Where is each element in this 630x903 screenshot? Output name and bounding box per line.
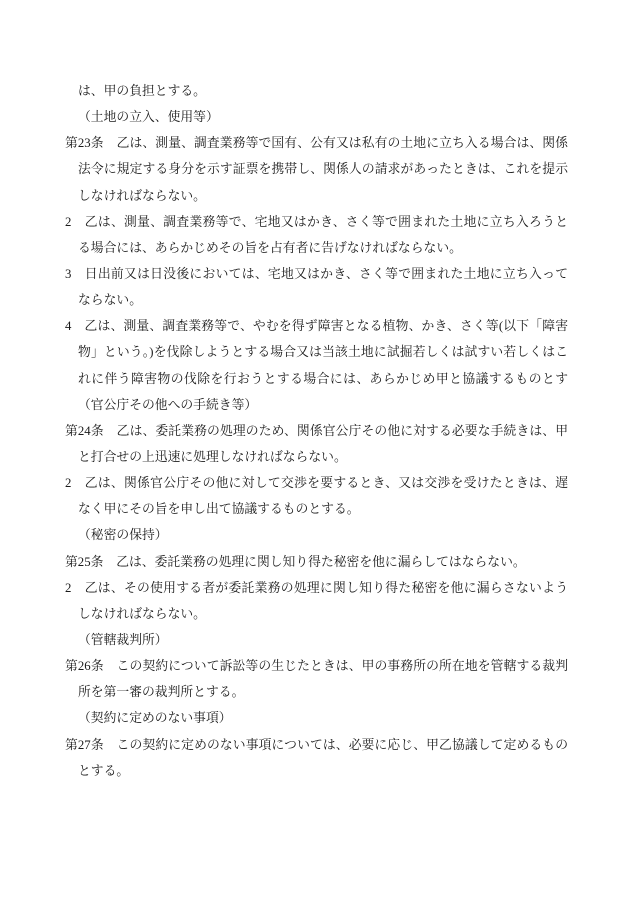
- continuation-line: なく甲にその旨を申し出て協議するものとする。: [78, 496, 568, 522]
- continuation-line: は、甲の負担とする。: [78, 78, 568, 104]
- document-page: は、甲の負担とする。（土地の立入、使用等）第23条 乙は、測量、調査業務等で国有…: [0, 0, 630, 903]
- heading-line: （契約に定めのない事項）: [78, 705, 568, 731]
- contract-text-block: は、甲の負担とする。（土地の立入、使用等）第23条 乙は、測量、調査業務等で国有…: [65, 78, 568, 784]
- continuation-line: 物」という。)を伐除しようとする場合又は当該土地に試掘若しくは試すい若しくはこ: [78, 339, 568, 365]
- heading-line: （管轄裁判所）: [78, 627, 568, 653]
- article-line: 第23条 乙は、測量、調査業務等で国有、公有又は私有の土地に立ち入る場合は、関係: [65, 130, 568, 156]
- article-line: 第26条 この契約について訴訟等の生じたときは、甲の事務所の所在地を管轄する裁判: [65, 653, 568, 679]
- continuation-line: とする。: [78, 758, 568, 784]
- continuation-line: 所を第一審の裁判所とする。: [78, 679, 568, 705]
- item-line: 4 乙は、測量、調査業務等で、やむを得ず障害となる植物、かき、さく等(以下「障害: [65, 313, 568, 339]
- item-line: 2 乙は、その使用する者が委託業務の処理に関し知り得た秘密を他に漏らさないように: [65, 575, 568, 601]
- heading-line: （官公庁その他への手続き等）: [78, 392, 568, 418]
- article-line: 第25条 乙は、委託業務の処理に関し知り得た秘密を他に漏らしてはならない。: [65, 549, 568, 575]
- article-line: 第27条 この契約に定めのない事項については、必要に応じ、甲乙協議して定めるもの: [65, 732, 568, 758]
- continuation-line: ならない。: [78, 287, 568, 313]
- continuation-line: る場合には、あらかじめその旨を占有者に告げなければならない。: [78, 235, 568, 261]
- item-line: 2 乙は、関係官公庁その他に対して交渉を要するとき、又は交渉を受けたときは、遅滞: [65, 470, 568, 496]
- heading-line: （土地の立入、使用等）: [78, 104, 568, 130]
- continuation-line: しなければならない。: [78, 183, 568, 209]
- continuation-line: しなければならない。: [78, 601, 568, 627]
- continuation-line: 法令に規定する身分を示す証票を携帯し、関係人の請求があったときは、これを提示: [78, 156, 568, 182]
- item-line: 3 日出前又は日没後においては、宅地又はかき、さく等で囲まれた土地に立ち入っては: [65, 261, 568, 287]
- continuation-line: れに伴う障害物の伐除を行おうとする場合には、あらかじめ甲と協議するものとする。: [78, 366, 568, 392]
- item-line: 2 乙は、測量、調査業務等で、宅地又はかき、さく等で囲まれた土地に立ち入ろうとす: [65, 209, 568, 235]
- article-line: 第24条 乙は、委託業務の処理のため、関係官公庁その他に対する必要な手続きは、甲: [65, 418, 568, 444]
- continuation-line: と打合せの上迅速に処理しなければならない。: [78, 444, 568, 470]
- heading-line: （秘密の保持）: [78, 522, 568, 548]
